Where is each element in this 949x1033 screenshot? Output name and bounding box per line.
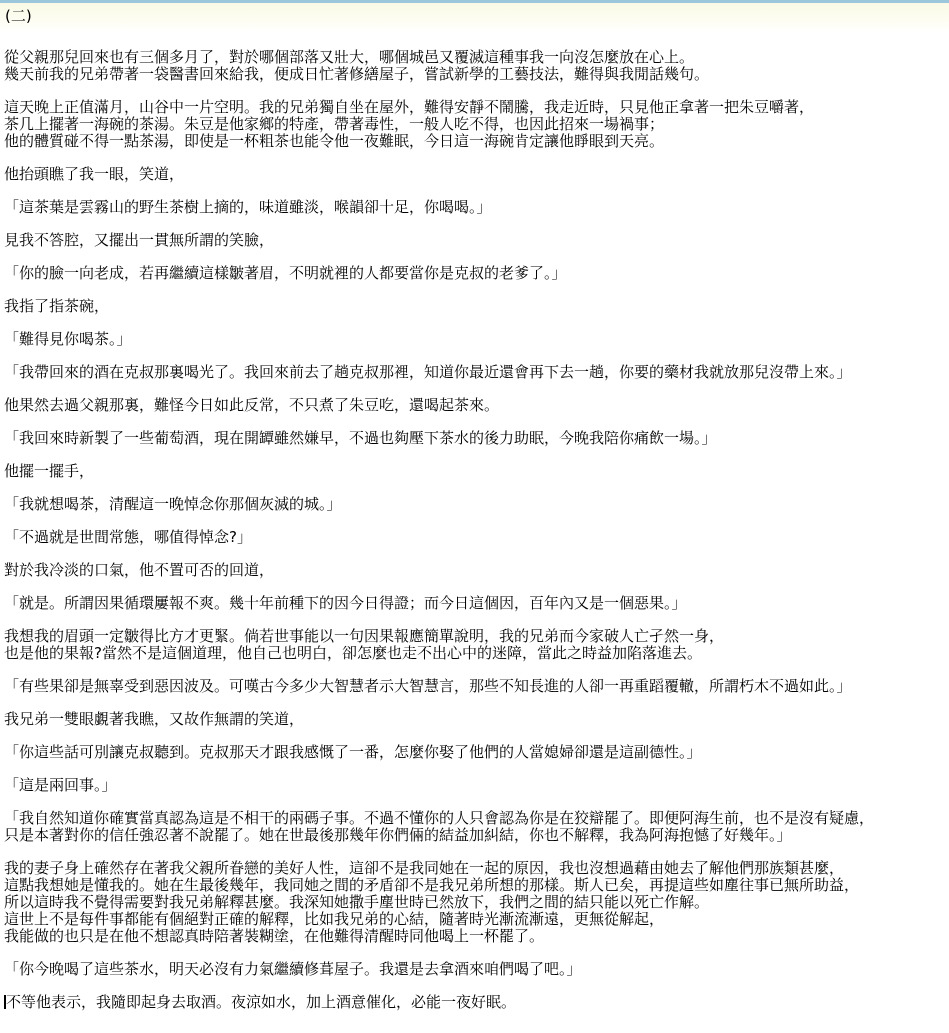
- paragraph: 「有些果卻是無辜受到惡因波及。可嘆古今多少大智慧者示大智慧言，那些不知長進的人卻…: [4, 678, 945, 695]
- text-line: 這世上不是每件事都能有個絕對正確的解釋，比如我兄弟的心結，隨著時光漸流漸遠，更無…: [4, 910, 664, 928]
- text-line: 「這茶葉是雲霧山的野生茶樹上摘的，味道雖淡，喉韻卻十足，你喝喝。」: [4, 198, 492, 216]
- text-line: 我指了指茶碗，: [4, 297, 109, 315]
- paragraph: 「我回來時新製了一些葡萄酒，現在開罈雖然嫌早，不過也夠壓下茶水的後力助眠，今晚我…: [4, 430, 945, 447]
- text-line: 這點我想她是懂我的。她在生最後幾年，我同她之間的矛盾卻不是我兄弟所想的那樣。斯人…: [4, 876, 859, 894]
- paragraph: 「這茶葉是雲霧山的野生茶樹上摘的，味道雖淡，喉韻卻十足，你喝喝。」: [4, 199, 945, 216]
- text-line: 見我不答腔，又擺出一貫無所謂的笑臉，: [4, 231, 274, 249]
- text-line: 「我回來時新製了一些葡萄酒，現在開罈雖然嫌早，不過也夠壓下茶水的後力助眠，今晚我…: [4, 429, 717, 447]
- paragraph: 他果然去過父親那裏，難怪今日如此反常，不只煮了朱豆吃，還喝起茶來。: [4, 397, 945, 414]
- text-line: 「我帶回來的酒在克叔那裏喝光了。我回來前去了趟克叔那裡，知道你最近還會再下去一趟…: [4, 363, 852, 381]
- paragraph: 不等他表示，我隨即起身去取酒。夜涼如水，加上酒意催化，必能一夜好眠。: [4, 994, 945, 1011]
- text-line: 「你的臉一向老成，若再繼續這樣皺著眉，不明就裡的人都要當你是克叔的老爹了。」: [4, 264, 567, 282]
- text-line: 「你這些話可別讓克叔聽到。克叔那天才跟我感慨了一番，怎麼你娶了他們的人當媳婦卻還…: [4, 743, 702, 761]
- text-line: 我想我的眉頭一定皺得比方才更緊。倘若世事能以一句因果報應簡單說明，我的兄弟而今家…: [4, 627, 724, 645]
- text-line: 他的體質碰不得一點茶湯，即使是一杯粗茶也能令他一夜難眠，今日這一海碗肯定讓他睜眼…: [4, 132, 664, 150]
- paragraph: 他抬頭瞧了我一眼，笑道，: [4, 166, 945, 183]
- story-text-body: 從父親那兒回來也有三個多月了，對於哪個部落又壯大，哪個城邑又覆滅這種事我一向沒怎…: [0, 49, 949, 1033]
- paragraph: 「我帶回來的酒在克叔那裏喝光了。我回來前去了趟克叔那裡，知道你最近還會再下去一趟…: [4, 364, 945, 381]
- text-line: 他果然去過父親那裏，難怪今日如此反常，不只煮了朱豆吃，還喝起茶來。: [4, 396, 499, 414]
- text-line: 「難得見你喝茶。」: [4, 330, 132, 348]
- text-line: 他抬頭瞧了我一眼，笑道，: [4, 165, 184, 183]
- text-line: 「這是兩回事。」: [4, 776, 117, 794]
- text-line: 「你今晚喝了這些茶水，明天必沒有力氣繼續修葺屋子。我還是去拿酒來咱們喝了吧。」: [4, 960, 582, 978]
- text-line: 從父親那兒回來也有三個多月了，對於哪個部落又壯大，哪個城邑又覆滅這種事我一向沒怎…: [4, 48, 694, 66]
- paragraph: 這天晚上正值滿月，山谷中一片空明。我的兄弟獨自坐在屋外，難得安靜不鬧騰，我走近時…: [4, 99, 945, 150]
- text-line: 「我就想喝茶，清醒這一晚悼念你那個灰滅的城。」: [4, 495, 342, 513]
- text-line: 我的妻子身上確然存在著我父親所眷戀的美好人性，這卻不是我同她在一起的原因，我也沒…: [4, 859, 844, 877]
- paragraph: 「我就想喝茶，清醒這一晚悼念你那個灰滅的城。」: [4, 496, 945, 513]
- text-line: 「有些果卻是無辜受到惡因波及。可嘆古今多少大智慧者示大智慧言，那些不知長進的人卻…: [4, 677, 852, 695]
- paragraph: 「不過就是世間常態，哪值得悼念?」: [4, 529, 945, 546]
- text-line: 也是他的果報?當然不是這個道理，他自己也明白，卻怎麼也走不出心中的迷障，當此之時…: [4, 644, 702, 662]
- paragraph: 我指了指茶碗，: [4, 298, 945, 315]
- chapter-title: (二): [5, 7, 32, 25]
- text-line: 所以這時我不覺得需要對我兄弟解釋甚麼。我深知她撒手塵世時已然放下，我們之間的結只…: [4, 893, 709, 911]
- paragraph: 「這是兩回事。」: [4, 777, 945, 794]
- paragraph: 「你的臉一向老成，若再繼續這樣皺著眉，不明就裡的人都要當你是克叔的老爹了。」: [4, 265, 945, 282]
- text-line: 我能做的也只是在他不想認真時陪著裝糊塗，在他難得清醒時同他喝上一杯罷了。: [4, 927, 544, 945]
- paragraph: 他擺一擺手，: [4, 463, 945, 480]
- paragraph: 從父親那兒回來也有三個多月了，對於哪個部落又壯大，哪個城邑又覆滅這種事我一向沒怎…: [4, 49, 945, 83]
- text-line: 只是本著對你的信任強忍著不說罷了。她在世最後那幾年你們倆的結益加糾結，你也不解釋…: [4, 826, 792, 844]
- text-line: 不等他表示，我隨即起身去取酒。夜涼如水，加上酒意催化，必能一夜好眠。: [6, 993, 516, 1011]
- paragraph: 我兄弟一雙眼覷著我瞧，又故作無謂的笑道，: [4, 711, 945, 728]
- text-line: 「不過就是世間常態，哪值得悼念?」: [4, 528, 252, 546]
- chapter-header: (二): [0, 3, 949, 32]
- paragraph: 見我不答腔，又擺出一貫無所謂的笑臉，: [4, 232, 945, 249]
- paragraph: 「你今晚喝了這些茶水，明天必沒有力氣繼續修葺屋子。我還是去拿酒來咱們喝了吧。」: [4, 961, 945, 978]
- text-line: 「我自然知道你確實當真認為這是不相干的兩碼子事。不過不懂你的人只會認為你是在狡辯…: [4, 809, 874, 827]
- text-line: 茶几上擺著一海碗的茶湯。朱豆是他家鄉的特產，帶著毒性，一般人吃不得，也因此招來一…: [4, 115, 664, 133]
- text-line: 他擺一擺手，: [4, 462, 94, 480]
- text-line: 「就是。所謂因果循環屢報不爽。幾十年前種下的因今日得證；而今日這個因，百年內又是…: [4, 594, 687, 612]
- text-line: 我兄弟一雙眼覷著我瞧，又故作無謂的笑道，: [4, 710, 304, 728]
- paragraph: 我的妻子身上確然存在著我父親所眷戀的美好人性，這卻不是我同她在一起的原因，我也沒…: [4, 860, 945, 945]
- text-line: 這天晚上正值滿月，山谷中一片空明。我的兄弟獨自坐在屋外，難得安靜不鬧騰，我走近時…: [4, 98, 814, 116]
- paragraph: 「難得見你喝茶。」: [4, 331, 945, 348]
- paragraph: 「我自然知道你確實當真認為這是不相干的兩碼子事。不過不懂你的人只會認為你是在狡辯…: [4, 810, 945, 844]
- text-line: 幾天前我的兄弟帶著一袋醫書回來給我，便成日忙著修繕屋子，嘗試新學的工藝技法，難得…: [4, 65, 709, 83]
- paragraph: 「你這些話可別讓克叔聽到。克叔那天才跟我感慨了一番，怎麼你娶了他們的人當媳婦卻還…: [4, 744, 945, 761]
- paragraph: 「就是。所謂因果循環屢報不爽。幾十年前種下的因今日得證；而今日這個因，百年內又是…: [4, 595, 945, 612]
- paragraph: 對於我冷淡的口氣，他不置可否的回道，: [4, 562, 945, 579]
- paragraph: 我想我的眉頭一定皺得比方才更緊。倘若世事能以一句因果報應簡單說明，我的兄弟而今家…: [4, 628, 945, 662]
- text-line: 對於我冷淡的口氣，他不置可否的回道，: [4, 561, 274, 579]
